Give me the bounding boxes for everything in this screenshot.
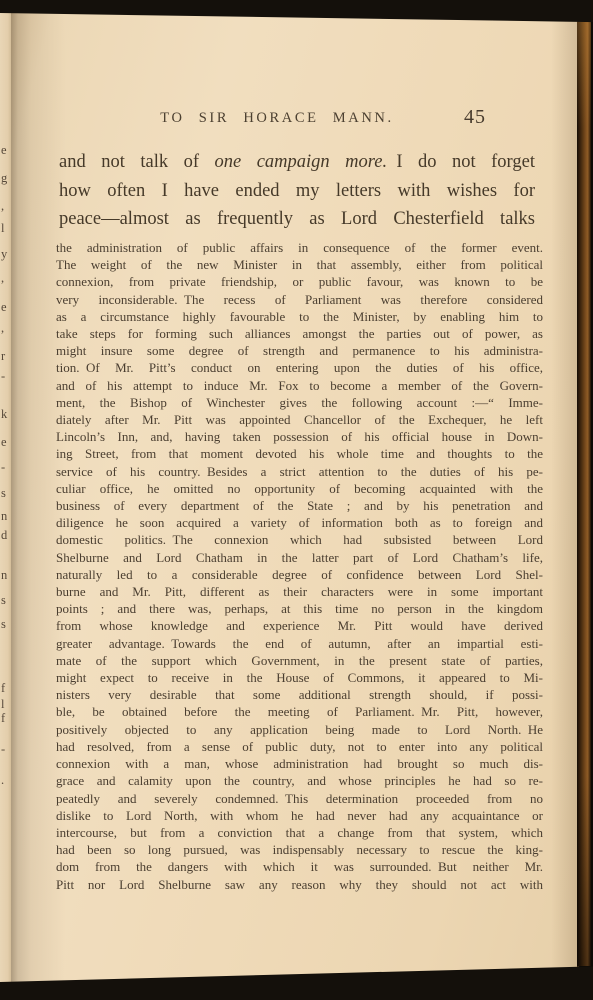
edge-text-fragment: e — [1, 436, 7, 449]
footnote-line: had been so long pursued, was indispensa… — [56, 841, 543, 858]
header-title: TO SIR HORACE MANN. — [34, 110, 520, 127]
footnote-line: naturally led to a considerable degree o… — [56, 566, 543, 583]
footnote-line: burne and Mr. Pitt, different as their c… — [56, 583, 543, 600]
edge-text-fragment: g — [1, 172, 7, 185]
edge-text-fragment: n — [1, 569, 7, 582]
edge-text-fragment: s — [1, 487, 6, 500]
footnote-line: had resolved, from a sense of public dut… — [56, 738, 543, 755]
edge-text-fragment: l — [1, 698, 4, 711]
footnote-line: points ; and there was, perhaps, at this… — [56, 600, 543, 617]
footnote-line: ing Street, from that moment devoted his… — [56, 445, 543, 462]
footnote-line: dislike to Lord North, with whom he had … — [56, 807, 543, 824]
edge-text-fragment: n — [1, 510, 7, 523]
footnote-line: very inconsiderable. The recess of Parli… — [56, 291, 543, 308]
letter-body: and not talk of one campaign more. I do … — [59, 148, 535, 234]
footnote-line: tion. Of Mr. Pitt’s conduct on entering … — [56, 359, 543, 376]
book-photo: eg,ly,e,r-ke-sndnssflf-. TO SIR HORACE M… — [0, 0, 593, 1000]
footnote-line: positively objected to any application b… — [56, 721, 543, 738]
edge-text-fragment: d — [1, 529, 7, 542]
footnote-line: might insure some degree of strength and… — [56, 342, 543, 359]
edge-text-fragment: , — [1, 272, 4, 285]
edge-text-fragment: , — [1, 322, 4, 335]
edge-text-fragment: e — [1, 144, 7, 157]
edge-text-fragment: - — [1, 743, 5, 756]
footnote-line: Pitt nor Lord Shelburne saw any reason w… — [56, 876, 543, 893]
body-line: peace—almost as frequently as Lord Chest… — [59, 205, 535, 234]
footnote-line: and of his attempt to induce Mr. Fox to … — [56, 377, 543, 394]
edge-text-fragment: s — [1, 594, 6, 607]
book-fore-edge — [577, 14, 591, 966]
footnote-line: intercourse, but from a conviction that … — [56, 824, 543, 841]
footnote-line: service of his country. Besides a strict… — [56, 463, 543, 480]
body-line: and not talk of one campaign more. I do … — [59, 148, 535, 177]
footnote-line: The weight of the new Minister in that a… — [56, 256, 543, 273]
edge-text-fragment: e — [1, 301, 7, 314]
footnote-line: ble, be obtained before the meeting of P… — [56, 703, 543, 720]
fore-edge-shadow — [551, 13, 577, 983]
edge-text-fragment: r — [1, 350, 5, 363]
footnote-line: from whose knowledge and experience Mr. … — [56, 617, 543, 634]
body-text-italic: one campaign more. — [214, 152, 387, 172]
edge-text-fragment: f — [1, 682, 5, 695]
footnote-line: grace and calamity upon the country, and… — [56, 772, 543, 789]
page-number: 45 — [464, 106, 486, 129]
footnote-line: culiar office, he omitted no opportunity… — [56, 480, 543, 497]
footnote-line: nisters very desirable that some additio… — [56, 686, 543, 703]
footnote-line: take steps for forming such alliances am… — [56, 325, 543, 342]
footnote-line: ment, the Bishop of Winchester gives the… — [56, 394, 543, 411]
footnote-line: domestic politics. The connexion which h… — [56, 531, 543, 548]
footnote-line: Lincoln’s Inn, and, having taken possess… — [56, 428, 543, 445]
edge-text-fragment: s — [1, 618, 6, 631]
body-line: how often I have ended my letters with w… — [59, 177, 535, 206]
footnote-line: connexion, from private friendship, or p… — [56, 273, 543, 290]
edge-text-fragment: , — [1, 200, 4, 213]
footnote-line: the administration of public affairs in … — [56, 239, 543, 256]
footnote-line: as a circumstance highly favourable to t… — [56, 308, 543, 325]
footnote-line: dom from the dangers with which it was s… — [56, 858, 543, 875]
body-text: and not talk of — [59, 152, 214, 172]
footnote-line: mate of the support which Government, in… — [56, 652, 543, 669]
footnote-line: might expect to receive in the House of … — [56, 669, 543, 686]
edge-text-fragment: f — [1, 712, 5, 725]
footnote-line: peatedly and severely condemned. This de… — [56, 790, 543, 807]
edge-text-fragment: - — [1, 370, 5, 383]
footnote-line: diately after Mr. Pitt was appointed Cha… — [56, 411, 543, 428]
running-header: TO SIR HORACE MANN. 45 — [56, 110, 542, 134]
footnote-line: business of every department of the Stat… — [56, 497, 543, 514]
footnote-line: Shelburne and Lord Chatham in the latter… — [56, 549, 543, 566]
edge-text-fragment: y — [1, 248, 7, 261]
footnote-line: greater advantage. Towards the end of au… — [56, 635, 543, 652]
edge-text-fragment: l — [1, 222, 4, 235]
edge-text-fragment: k — [1, 408, 7, 421]
footnote-line: diligence he soon acquired a variety of … — [56, 514, 543, 531]
edge-text-fragment: - — [1, 461, 5, 474]
footnote-block: the administration of public affairs in … — [56, 239, 543, 893]
edge-text-fragment: . — [1, 774, 4, 787]
body-text: I do not forget — [387, 152, 535, 172]
footnote-line: connexion with a man, whose administrati… — [56, 755, 543, 772]
book-page: TO SIR HORACE MANN. 45 and not talk of o… — [11, 13, 579, 983]
